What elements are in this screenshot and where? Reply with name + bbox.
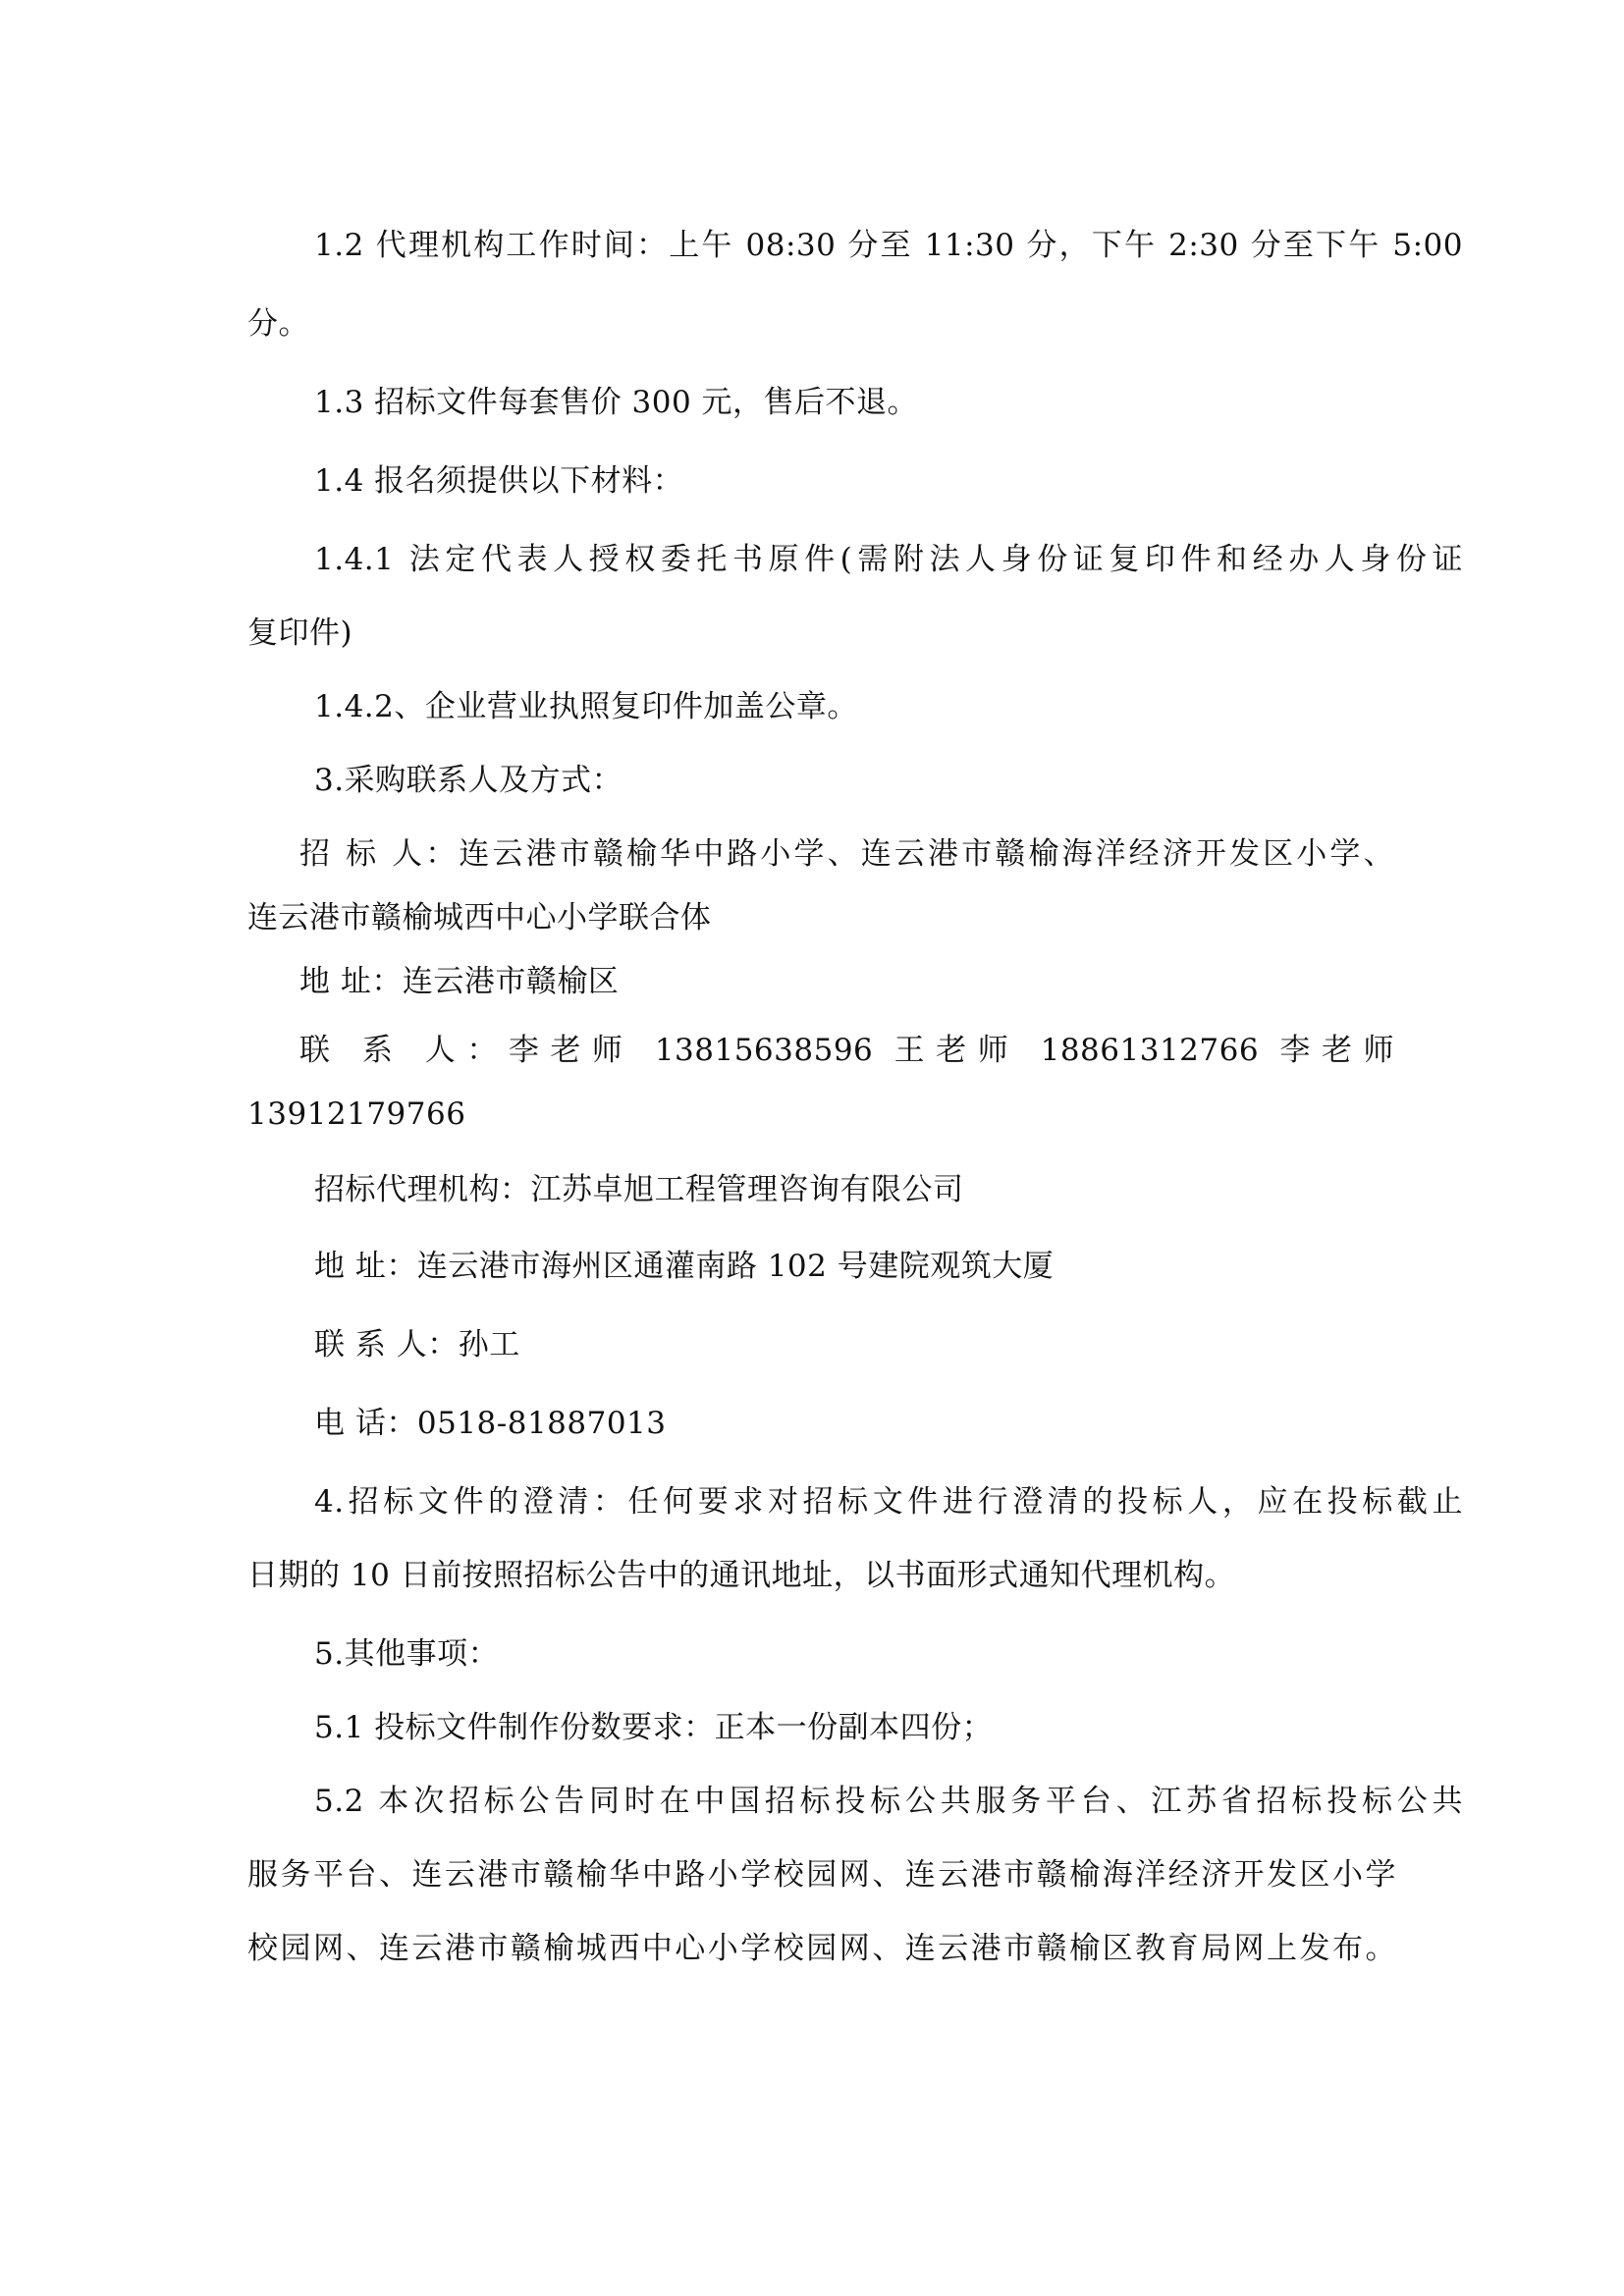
clause-1-3-price: 1.3 招标文件每套售价 300 元，售后不退。 bbox=[314, 383, 1463, 422]
clause-1-4-materials: 1.4 报名须提供以下材料： bbox=[314, 461, 1463, 501]
tenderer-contacts-continuation: 13912179766 bbox=[247, 1095, 1396, 1134]
agency-phone: 电 话：0518-81887013 bbox=[314, 1404, 1463, 1443]
section-4-clarification: 4.招标文件的澄清：任何要求对招标文件进行澄清的投标人，应在投标截止 bbox=[314, 1482, 1463, 1522]
section-5-heading: 5.其他事项： bbox=[314, 1634, 1463, 1674]
clause-1-2-working-hours: 1.2 代理机构工作时间：上午 08:30 分至 11:30 分，下午 2:30… bbox=[314, 226, 1463, 265]
clause-1-4-1-authorization: 1.4.1 法定代表人授权委托书原件(需附法人身份证复印件和经办人身份证 bbox=[314, 540, 1463, 579]
tenderer-contacts: 联 系 人：李老师 13815638596 王老师 18861312766 李老… bbox=[299, 1031, 1394, 1070]
tenderer-address: 地 址：连云港市赣榆区 bbox=[299, 962, 1448, 1001]
clause-1-4-2-license: 1.4.2、企业营业执照复印件加盖公章。 bbox=[314, 687, 1463, 726]
clause-5-1-copies: 5.1 投标文件制作份数要求：正本一份副本四份； bbox=[314, 1708, 1463, 1747]
agency-name: 招标代理机构：江苏卓旭工程管理咨询有限公司 bbox=[314, 1170, 1463, 1209]
clause-5-2-publication: 5.2 本次招标公告同时在中国招标投标公共服务平台、江苏省招标投标公共 bbox=[314, 1782, 1463, 1821]
clause-5-2-continuation-1: 服务平台、连云港市赣榆华中路小学校园网、连云港市赣榆海洋经济开发区小学 bbox=[247, 1855, 1396, 1895]
section-3-heading: 3.采购联系人及方式： bbox=[314, 761, 1463, 800]
clause-1-2-continuation: 分。 bbox=[247, 304, 1396, 344]
tenderer-line: 招 标 人：连云港市赣榆华中路小学、连云港市赣榆海洋经济开发区小学、 bbox=[299, 834, 1394, 874]
clause-5-2-continuation-2: 校园网、连云港市赣榆城西中心小学校园网、连云港市赣榆区教育局网上发布。 bbox=[247, 1929, 1396, 1968]
agency-address: 地 址：连云港市海州区通灌南路 102 号建院观筑大厦 bbox=[314, 1247, 1463, 1286]
document-page: 1.2 代理机构工作时间：上午 08:30 分至 11:30 分，下午 2:30… bbox=[0, 0, 1624, 2296]
clause-1-4-1-continuation: 复印件) bbox=[247, 614, 1396, 653]
section-4-continuation: 日期的 10 日前按照招标公告中的通讯地址，以书面形式通知代理机构。 bbox=[247, 1556, 1396, 1595]
agency-contact: 联 系 人：孙工 bbox=[314, 1325, 1463, 1364]
tenderer-continuation: 连云港市赣榆城西中心小学联合体 bbox=[247, 898, 1396, 937]
